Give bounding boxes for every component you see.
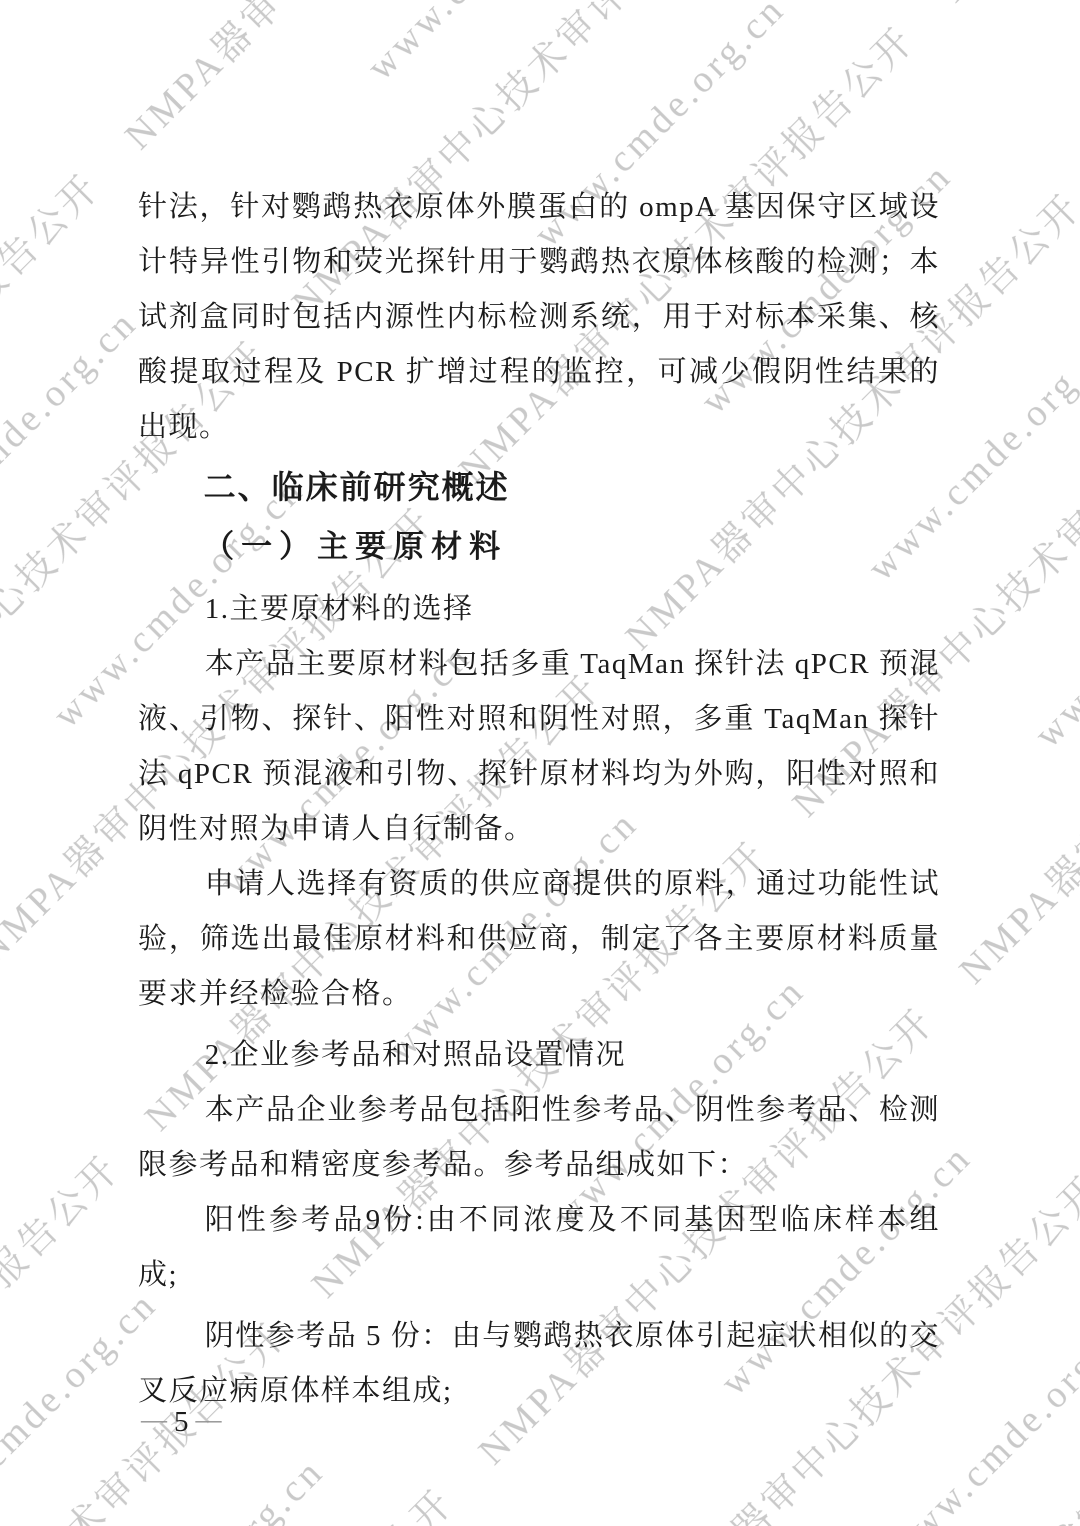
page-number-right-dash: —: [196, 1405, 222, 1434]
paragraph-reference-composition: 本产品企业参考品包括阳性参考品、阴性参考品、检测限参考品和精密度参考品。参考品组…: [138, 1083, 940, 1193]
paragraph-supplier-screening: 申请人选择有资质的供应商提供的原料，通过功能性试验，筛选出最佳原材料和供应商，制…: [138, 857, 940, 1022]
body-paragraph-continued: 针法，针对鹦鹉热衣原体外膜蛋白的 ompA 基因保守区域设计特异性引物和荧光探针…: [138, 180, 940, 455]
page-number-value: 5: [174, 1406, 189, 1438]
paragraph-negative-reference: 阴性参考品 5 份：由与鹦鹉热衣原体引起症状相似的交叉反应病原体样本组成;: [138, 1309, 940, 1419]
line-positive-reference: 阳性参考品9份:由不同浓度及不同基因型临床样本组成;: [138, 1193, 940, 1303]
subsection-heading-raw-materials: （一）主要原材料: [138, 518, 940, 576]
document-body: 针法，针对鹦鹉热衣原体外膜蛋白的 ompA 基因保守区域设计特异性引物和荧光探针…: [138, 180, 940, 1419]
paragraph-material-composition: 本产品主要原材料包括多重 TaqMan 探针法 qPCR 预混液、引物、探针、阳…: [138, 637, 940, 857]
page-number: —5—: [134, 1405, 229, 1439]
page-number-left-dash: —: [141, 1405, 167, 1434]
section-heading-preclinical: 二、临床前研究概述: [138, 458, 940, 516]
document-page: NMPA器审中心技术审评报告公开 www.cmde.org.cn 针法，针对鹦鹉…: [0, 0, 1080, 1526]
item-heading-material-selection: 1.主要原材料的选择: [138, 582, 940, 637]
item-heading-reference-setup: 2.企业参考品和对照品设置情况: [138, 1028, 940, 1083]
